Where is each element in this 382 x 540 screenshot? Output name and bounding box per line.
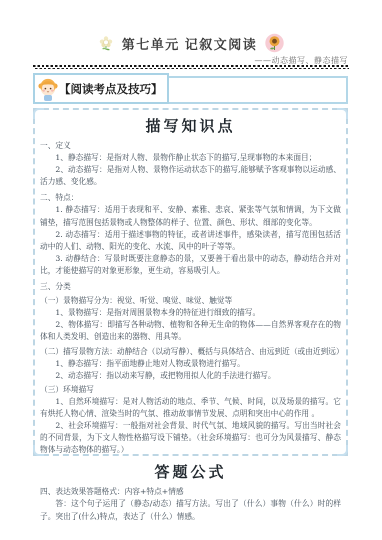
- answer-title: 答题公式: [40, 461, 341, 482]
- knowledge-para-6: 3. 动静结合：写景时既要注意静态的景，又要善于看出景中的动态，静动结合并对比，…: [40, 253, 341, 277]
- corner-mark: [337, 445, 348, 456]
- knowledge-para-8: （一）景物描写分为：视觉、听觉、嗅觉、味觉、触觉等: [40, 295, 341, 307]
- girl-avatar-icon: [37, 76, 59, 102]
- knowledge-para-16: 2、社会环境描写：一般指对社会背景、时代气氛、地域风貌的描写。写出当时社会的不同…: [40, 420, 341, 456]
- knowledge-para-2: 2、动态描写：是指对人物、景物作运动状态下的描写,能够赋予客观事物以运动感、活力…: [40, 164, 341, 188]
- corner-mark: [33, 445, 44, 456]
- knowledge-title: 描写知识点: [40, 115, 341, 136]
- section-label-box: 【阅读考点及技巧】: [33, 73, 169, 104]
- knowledge-para-12: 1、静态描写：指平面地静止地对人物或景物进行描写。: [40, 358, 341, 370]
- unit-title: 第七单元 记叙文阅读: [122, 34, 258, 53]
- stitched-divider: [33, 65, 349, 69]
- knowledge-para-10: 2、物体描写：即描写各种动物、植物和各种无生命的物体——自然界客观存在的物体和人…: [40, 319, 341, 343]
- knowledge-para-13: 2、动态描写：指以动来写静，或把物用拟人化的手法进行描写。: [40, 370, 341, 382]
- corner-mark: [337, 108, 348, 119]
- knowledge-para-9: 1、景物描写：是指对周围景物本身的特征进行细致的描写。: [40, 307, 341, 319]
- knowledge-box: 描写知识点 一、定义 1、静态描写：是指对人物、景物作静止状态下的描写,呈现事物…: [33, 108, 348, 456]
- knowledge-para-11: （二）描写景物方法：动静结合（以动写静）、概括与具体结合、由远到近（或由近到远）: [40, 346, 341, 358]
- answer-line-1: 答：这个句子运用了（静态/动态）描写方法。写出了（什么）事物（什么）时的样子。突…: [40, 498, 341, 522]
- knowledge-para-3: 二、特点：: [40, 192, 341, 204]
- corner-mark: [33, 108, 44, 119]
- knowledge-para-14: （三）环境描写: [40, 384, 341, 396]
- knowledge-para-7: 三、分类: [40, 281, 341, 293]
- knowledge-para-15: 1、自然环境描写：是对人物活动的地点、季节、气候、时间，以及场景的描写。它有烘托…: [40, 396, 341, 420]
- unit-header: 第七单元 记叙文阅读: [0, 33, 382, 54]
- knowledge-para-4: 1. 静态描写：适用于表现和平、安静、素雅、悲哀、紧张等气氛和情调，为下文做铺垫…: [40, 204, 341, 228]
- section-label-row: 【阅读考点及技巧】: [33, 73, 348, 105]
- knowledge-para-1: 1、静态描写：是指对人物、景物作静止状态下的描写,呈现事物的本来面目；: [40, 152, 341, 164]
- knowledge-para-0: 一、定义: [40, 140, 341, 152]
- answer-line-0: 四、表达效果答题格式：内容+特点+情感: [40, 486, 341, 498]
- section-label: 【阅读考点及技巧】: [59, 81, 163, 97]
- sunflower-icon: [264, 33, 285, 54]
- knowledge-para-5: 2. 动态描写：适用于描述事物的特征，或者讲述事件，感染读者，描写范围包括活动中…: [40, 229, 341, 253]
- flower-icon: [97, 35, 115, 53]
